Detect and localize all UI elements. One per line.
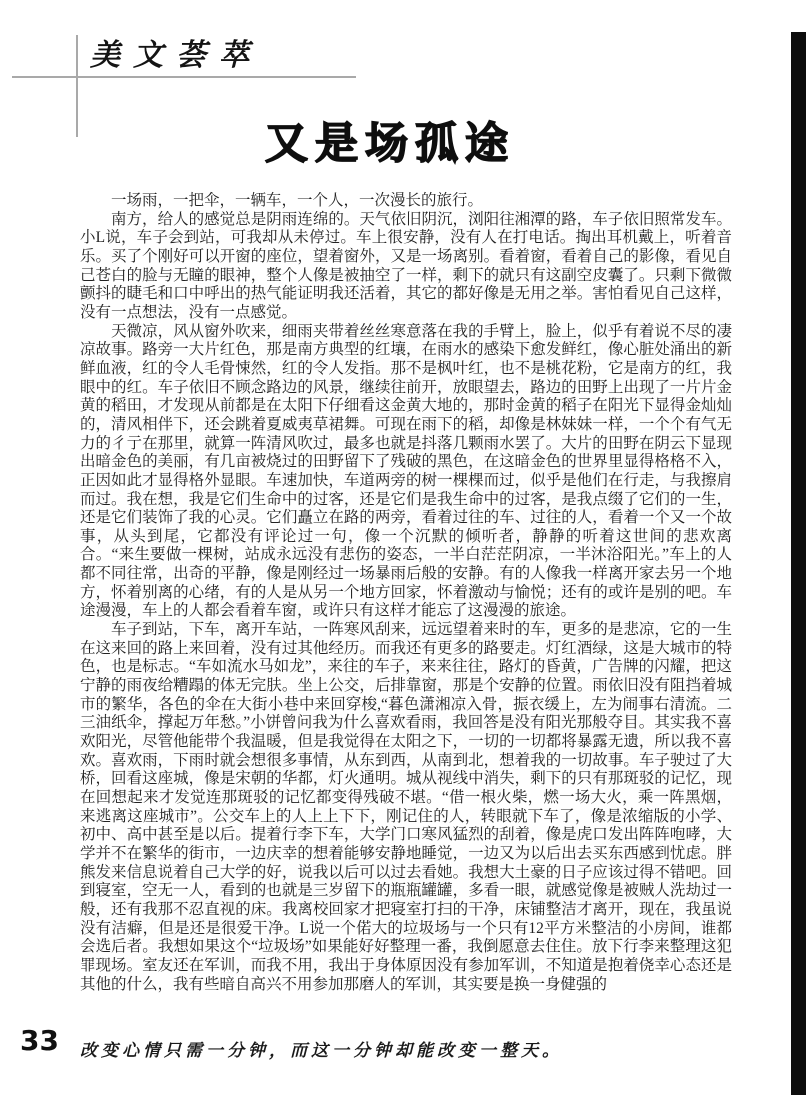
right-edge-bar xyxy=(791,32,806,1095)
paragraph: 南方，给人的感觉总是阴雨连绵的。天气依旧阴沉，浏阳往湘潭的路，车子依旧照常发车。… xyxy=(80,211,732,323)
footer-quote: 改变心情只需一分钟，而这一分钟却能改变一整天。 xyxy=(80,1036,563,1061)
magazine-page: 美文荟萃 又是场孤途 一场雨，一把伞，一辆车，一个人，一次漫长的旅行。 南方，给… xyxy=(0,0,806,1095)
section-label: 美文荟萃 xyxy=(90,30,262,74)
article-title: 又是场孤途 xyxy=(0,110,780,171)
paragraph: 车子到站，下车，离开车站，一阵寒风刮来，远远望着来时的车，更多的是悲凉，它的一生… xyxy=(80,621,732,994)
article-body: 一场雨，一把伞，一辆车，一个人，一次漫长的旅行。 南方，给人的感觉总是阴雨连绵的… xyxy=(80,192,732,994)
header-rule-horizontal xyxy=(12,76,356,78)
paragraph: 天微凉，风从窗外吹来，细雨夹带着丝丝寒意落在我的手臂上，脸上，似乎有着说不尽的凄… xyxy=(80,323,732,622)
paragraph: 一场雨，一把伞，一辆车，一个人，一次漫长的旅行。 xyxy=(80,192,732,211)
page-number: 33 xyxy=(20,1024,59,1057)
